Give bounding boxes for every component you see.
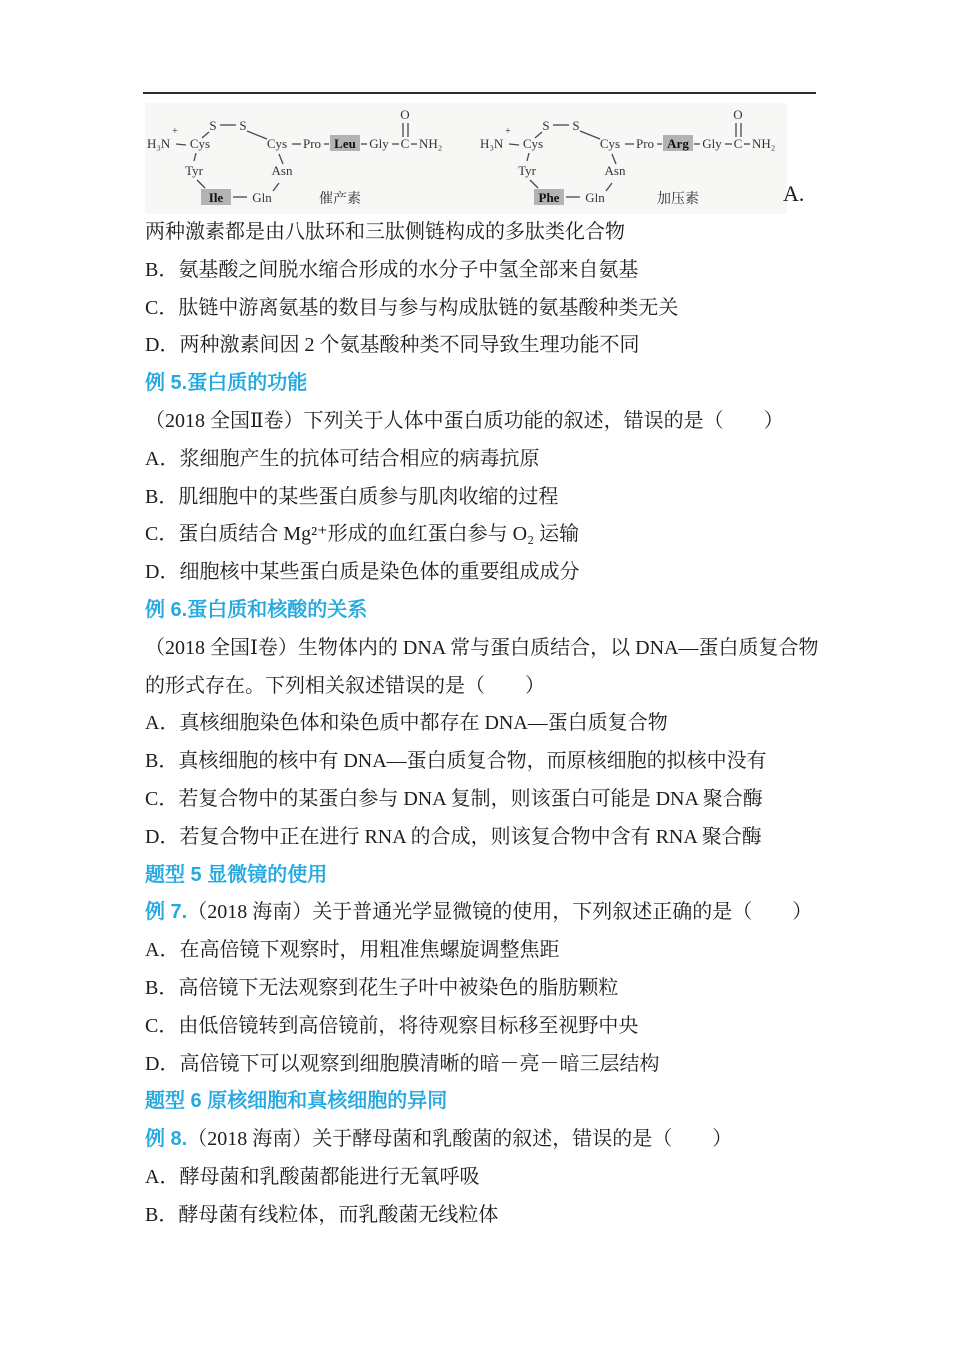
heading-topic-6: 题型 6 原核细胞和真核细胞的异同	[145, 1083, 855, 1121]
peptide-figure-row: H₃N + Cys S S Cys Tyr	[145, 103, 855, 214]
q8-example-prefix: 例 8.	[145, 1128, 187, 1150]
charge-plus: +	[172, 126, 178, 137]
disulfide-s-1: S	[542, 118, 549, 133]
carbonyl-c: C	[401, 136, 410, 151]
document-page: H₃N + Cys S S Cys Tyr	[0, 0, 960, 1357]
q7-option-c: C．由低倍镜转到高倍镜前，将待观察目标移至视野中央	[145, 1008, 855, 1046]
residue-asn: Asn	[272, 163, 293, 178]
q6-option-c: C．若复合物中的某蛋白参与 DNA 复制，则该蛋白可能是 DNA 聚合酶	[145, 781, 855, 819]
residue-ile: Ile	[209, 190, 224, 205]
carbonyl-c: C	[734, 136, 743, 151]
q6-option-b: B．真核细胞的核中有 DNA—蛋白质复合物，而原核细胞的拟核中没有	[145, 743, 855, 781]
residue-cys-1: Cys	[190, 136, 210, 151]
disulfide-s-1: S	[209, 118, 216, 133]
q6-stem-line-1: （2018 全国Ⅰ卷）生物体内的 DNA 常与蛋白质结合，以 DNA—蛋白质复合…	[145, 630, 855, 668]
q4-option-b: B．氨基酸之间脱水缩合形成的水分子中氢全部来自氨基	[145, 252, 855, 290]
highlight-ring-residue: Ile	[201, 189, 231, 205]
residue-pro: Pro	[303, 136, 321, 151]
q7-option-b: B．高倍镜下无法观察到花生子叶中被染色的脂肪颗粒	[145, 970, 855, 1008]
residue-cys-2: Cys	[267, 136, 287, 151]
vasopressin-structure: H₃N + Cys S S Cys Tyr	[480, 107, 775, 207]
highlight-tail-residue: Leu	[330, 135, 360, 151]
q5-stem: （2018 全国Ⅱ卷）下列关于人体中蛋白质功能的叙述，错误的是（ ）	[145, 403, 855, 441]
residue-tyr: Tyr	[518, 163, 537, 178]
residue-gln: Gln	[252, 190, 272, 205]
document-content: H₃N + Cys S S Cys Tyr	[145, 103, 855, 1235]
q6-option-a: A．真核细胞染色体和染色质中都存在 DNA—蛋白质复合物	[145, 705, 855, 743]
residue-arg: Arg	[667, 136, 689, 151]
disulfide-s-2: S	[239, 118, 246, 133]
q4-option-a-continuation: 两种激素都是由八肽环和三肽侧链构成的多肽类化合物	[145, 214, 855, 252]
q7-example-prefix: 例 7.	[145, 901, 187, 923]
peptide-structure-figure: H₃N + Cys S S Cys Tyr	[145, 103, 787, 214]
amide-nh2: NH₂	[419, 136, 442, 151]
q5-option-a: A．浆细胞产生的抗体可结合相应的病毒抗原	[145, 441, 855, 479]
q8-option-a: A．酵母菌和乳酸菌都能进行无氧呼吸	[145, 1159, 855, 1197]
q5-option-d: D．细胞核中某些蛋白质是染色体的重要组成成分	[145, 554, 855, 592]
top-rule	[143, 92, 816, 94]
q8-stem-text: （2018 海南）关于酵母菌和乳酸菌的叙述，错误的是（ ）	[187, 1128, 732, 1150]
heading-example-6: 例 6.蛋白质和核酸的关系	[145, 592, 855, 630]
q5-option-c: C．蛋白质结合 Mg²⁺形成的血红蛋白参与 O₂ 运输	[145, 516, 855, 554]
residue-tyr: Tyr	[185, 163, 204, 178]
q6-stem-line-2: 的形式存在。下列相关叙述错误的是（ ）	[145, 668, 855, 706]
charge-plus: +	[505, 126, 511, 137]
disulfide-s-2: S	[572, 118, 579, 133]
highlight-tail-residue: Arg	[663, 135, 693, 151]
heading-topic-5: 题型 5 显微镜的使用	[145, 857, 855, 895]
oxytocin-caption: 催产素	[319, 190, 361, 207]
carbonyl-o: O	[733, 107, 742, 122]
option-a-label: A.	[783, 181, 804, 207]
residue-gly: Gly	[369, 136, 389, 151]
question-text-block: 两种激素都是由八肽环和三肽侧链构成的多肽类化合物 B．氨基酸之间脱水缩合形成的水…	[145, 214, 855, 1235]
highlight-ring-residue: Phe	[534, 189, 564, 205]
q7-option-d: D．高倍镜下可以观察到细胞膜清晰的暗－亮－暗三层结构	[145, 1046, 855, 1084]
q7-option-a: A．在高倍镜下观察时，用粗准焦螺旋调整焦距	[145, 932, 855, 970]
amine-group-label: H₃N	[480, 136, 504, 151]
q6-option-d: D．若复合物中正在进行 RNA 的合成，则该复合物中含有 RNA 聚合酶	[145, 819, 855, 857]
residue-cys-1: Cys	[523, 136, 543, 151]
amine-group-label: H₃N	[147, 136, 171, 151]
residue-phe: Phe	[539, 190, 560, 205]
q7-stem: 例 7.（2018 海南）关于普通光学显微镜的使用，下列叙述正确的是（ ）	[145, 894, 855, 932]
amide-nh2: NH₂	[752, 136, 775, 151]
residue-gln: Gln	[585, 190, 605, 205]
vasopressin-caption: 加压素	[657, 191, 699, 207]
residue-gly: Gly	[702, 136, 722, 151]
q7-stem-text: （2018 海南）关于普通光学显微镜的使用，下列叙述正确的是（ ）	[187, 901, 812, 923]
q8-stem: 例 8.（2018 海南）关于酵母菌和乳酸菌的叙述，错误的是（ ）	[145, 1121, 855, 1159]
residue-cys-2: Cys	[600, 136, 620, 151]
q8-option-b: B．酵母菌有线粒体，而乳酸菌无线粒体	[145, 1197, 855, 1235]
heading-example-5: 例 5.蛋白质的功能	[145, 365, 855, 403]
q4-option-d: D．两种激素间因 2 个氨基酸种类不同导致生理功能不同	[145, 327, 855, 365]
residue-leu: Leu	[334, 136, 356, 151]
carbonyl-o: O	[400, 107, 409, 122]
peptide-structures-svg: H₃N + Cys S S Cys Tyr	[145, 103, 787, 214]
residue-asn: Asn	[605, 163, 626, 178]
q4-option-c: C．肽链中游离氨基的数目与参与构成肽链的氨基酸种类无关	[145, 290, 855, 328]
oxytocin-structure: H₃N + Cys S S Cys Tyr	[147, 107, 442, 207]
q5-option-b: B．肌细胞中的某些蛋白质参与肌肉收缩的过程	[145, 479, 855, 517]
residue-pro: Pro	[636, 136, 654, 151]
